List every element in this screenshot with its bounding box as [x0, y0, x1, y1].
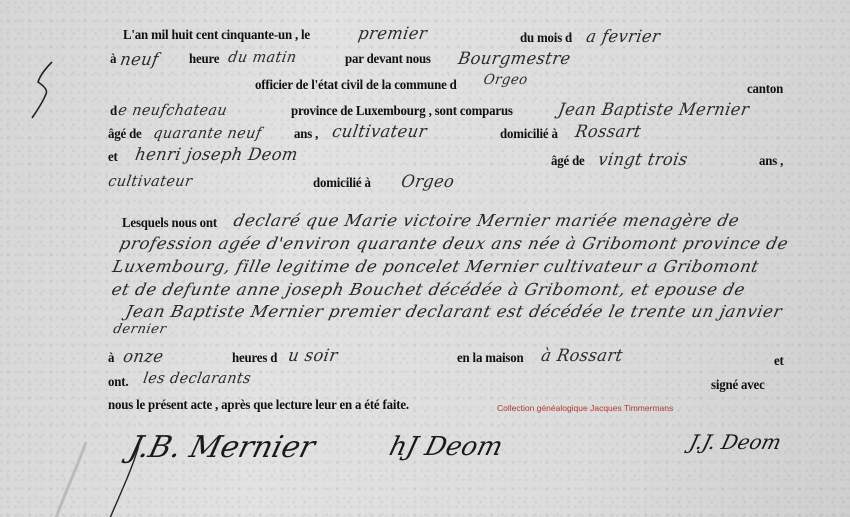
declaration-line-3: Luxembourg, fille legitime de poncelet M… — [111, 257, 761, 276]
printed-devant-label: par devant nous — [345, 52, 431, 68]
printed-et2-label: et — [774, 354, 784, 370]
signature-flourish-icon — [100, 440, 160, 517]
printed-lesquels-label: Lesquels nous ont — [122, 216, 217, 232]
collection-watermark: Collection généalogique Jacques Timmerma… — [497, 403, 673, 413]
handwritten-signers: les declarants — [142, 369, 253, 387]
printed-year-text: L'an mil huit cent cinquante-un , le — [123, 28, 310, 44]
declaration-line-4: et de defunte anne joseph Bouchet décédé… — [110, 280, 747, 299]
printed-a2-label: à — [108, 351, 114, 367]
handwritten-death-time: u soir — [287, 346, 340, 366]
handwritten-declarant1-residence: Rossart — [574, 122, 643, 142]
signature-jj-deom: J.J. Deom — [687, 430, 784, 454]
pencil-stroke-icon — [50, 440, 90, 517]
handwritten-day: premier — [357, 24, 429, 44]
declaration-line-6: dernier — [112, 322, 168, 337]
handwritten-declarant2-profession: cultivateur — [107, 172, 194, 190]
handwritten-declarant1-age: quarante neuf — [152, 124, 263, 142]
printed-d-label: d — [110, 104, 117, 120]
printed-heure-label: heure — [189, 52, 219, 68]
printed-canton-label: canton — [747, 82, 783, 98]
handwritten-time-of-day: du matin — [227, 48, 298, 66]
declaration-line-2: profession agée d'environ quarante deux … — [118, 234, 790, 253]
printed-a-label: à — [110, 52, 116, 68]
printed-heures-label: heures d — [232, 351, 277, 367]
printed-signe-label: signé avec — [711, 378, 765, 394]
printed-month-label: du mois d — [520, 31, 572, 47]
handwritten-declarant1: Jean Baptiste Mernier — [557, 100, 751, 120]
printed-age-label: âgé de — [108, 127, 142, 143]
printed-et-label: et — [108, 150, 118, 166]
printed-age2-label: âgé de — [551, 154, 585, 170]
handwritten-death-hour: onze — [122, 347, 165, 367]
printed-domicilie2-label: domicilié à — [313, 176, 371, 192]
handwritten-declarant1-profession: cultivateur — [331, 122, 429, 142]
printed-closing-text: nous le présent acte , après que lecture… — [108, 398, 409, 414]
printed-maison-label: en la maison — [457, 351, 523, 367]
handwritten-declarant2-age: vingt trois — [597, 150, 690, 170]
declaration-line-5: Jean Baptiste Mernier premier declarant … — [124, 302, 784, 321]
printed-ont-label: ont. — [108, 375, 128, 391]
handwritten-hour: neuf — [119, 50, 161, 70]
handwritten-commune: Orgeo — [482, 72, 529, 88]
printed-ans-label: ans , — [294, 127, 318, 143]
handwritten-officer: Bourgmestre — [457, 49, 573, 69]
printed-ans2-label: ans , — [759, 154, 783, 170]
handwritten-canton: e neufchateau — [117, 101, 229, 119]
printed-province-text: province de Luxembourg , sont comparus — [291, 104, 513, 120]
printed-officier-text: officier de l'état civil de la commune d — [255, 78, 457, 94]
handwritten-declarant2: henri joseph Deom — [134, 145, 300, 165]
handwritten-declarant2-residence: Orgeo — [400, 172, 456, 192]
declaration-line-1: declaré que Marie victoire Mernier marié… — [232, 211, 741, 230]
handwritten-month: a fevrier — [585, 27, 662, 47]
handwritten-death-place: à Rossart — [540, 346, 625, 366]
printed-domicilie-label: domicilié à — [500, 127, 558, 143]
margin-mark-icon — [30, 60, 60, 120]
signature-hj-deom: hJ Deom — [386, 432, 505, 462]
